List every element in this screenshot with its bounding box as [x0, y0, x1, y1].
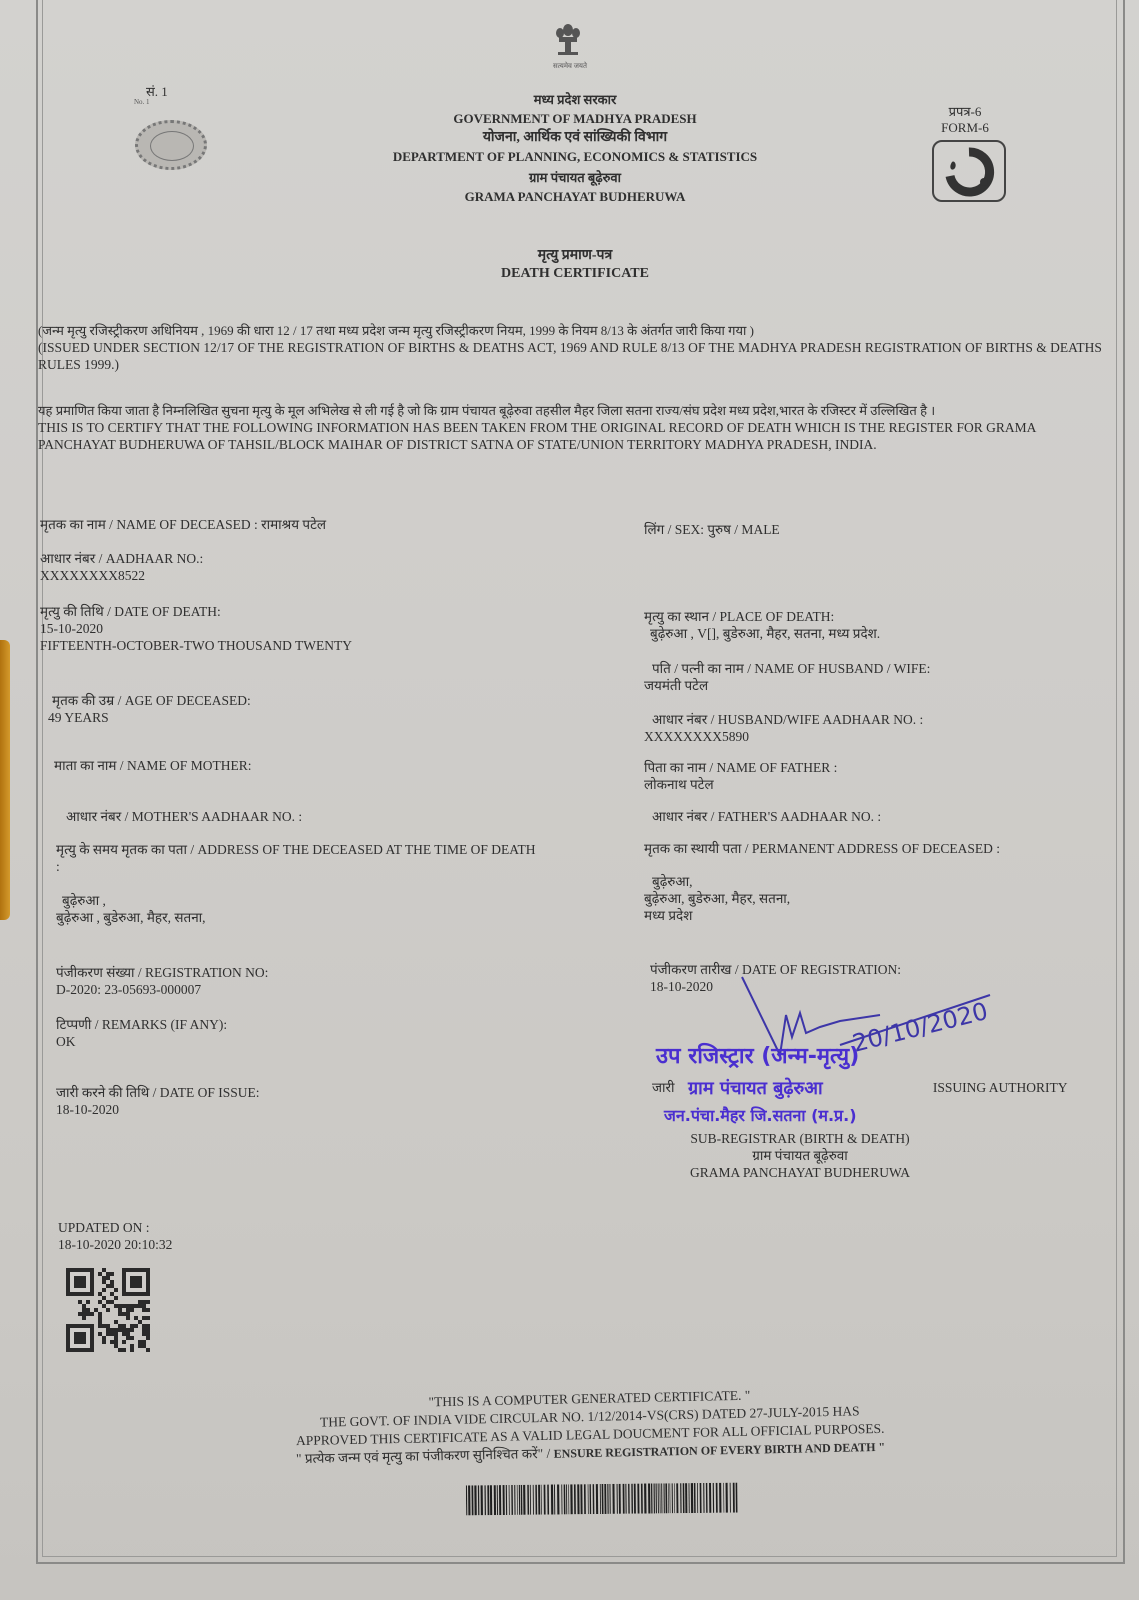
state-name-en: GOVERNMENT OF MADHYA PRADESH — [330, 109, 820, 128]
stamp-panchayat: ग्राम पंचायत बुढ़ेरुआ — [688, 1076, 823, 1100]
permanent-address-label: मृतक का स्थायी पता / PERMANENT ADDRESS O… — [644, 840, 1000, 857]
aadhaar-label: आधार नंबर / AADHAAR NO.: — [40, 550, 203, 567]
remarks-value: OK — [56, 1033, 227, 1050]
father-label: पिता का नाम / NAME OF FATHER : — [644, 759, 837, 776]
age-label: मृतक की उम्र / AGE OF DECEASED: — [52, 692, 251, 709]
crs-logo-icon — [932, 140, 1006, 202]
emblem-motto: सत्यमेव जयते — [520, 62, 620, 71]
background-object — [0, 640, 10, 920]
field-spouse-name: पति / पत्नी का नाम / NAME OF HUSBAND / W… — [644, 660, 930, 694]
sex-label: लिंग / SEX: — [644, 522, 707, 537]
remarks-label: टिप्पणी / REMARKS (IF ANY): — [56, 1016, 227, 1033]
address-at-death-line1: बुढ़ेरुआ , — [62, 892, 535, 909]
field-date-of-issue: जारी करने की तिथि / DATE OF ISSUE: 18-10… — [56, 1084, 259, 1118]
issued-under-en: (ISSUED UNDER SECTION 12/17 OF THE REGIS… — [38, 339, 1108, 373]
place-of-death-value: बुढ़ेरुआ , V[], बुडेरुआ, मैहर, सतना, मध्… — [650, 625, 880, 642]
field-aadhaar: आधार नंबर / AADHAAR NO.: XXXXXXXX8522 — [40, 550, 203, 584]
state-name-hi: मध्य प्रदेश सरकार — [330, 90, 820, 109]
spouse-aadhaar-label: आधार नंबर / HUSBAND/WIFE AADHAAR NO. : — [652, 711, 923, 728]
spouse-label: पति / पत्नी का नाम / NAME OF HUSBAND / W… — [652, 660, 930, 677]
footer-line4-hi: " प्रत्येक जन्म एवं मृत्यु का पंजीकरण सु… — [296, 1446, 554, 1466]
address-at-death-colon: : — [56, 858, 535, 875]
address-at-death-label: मृत्यु के समय मृतक का पता / ADDRESS OF T… — [56, 841, 535, 858]
form-number: प्रपत्र-6 FORM-6 — [920, 104, 1010, 136]
certify-hi: यह प्रमाणित किया जाता है निम्नलिखित सुचन… — [38, 402, 1108, 419]
permanent-address-line1: बुढ़ेरुआ, — [652, 873, 1000, 890]
stamp-sub-registrar: उप रजिस्ट्रार (जन्म-मृत्यु) — [656, 1040, 859, 1070]
issued-under-hi: (जन्म मृत्यु रजिस्ट्रीकरण अधिनियम , 1969… — [38, 322, 1108, 339]
field-remarks: टिप्पणी / REMARKS (IF ANY): OK — [56, 1016, 227, 1050]
issue-date-label: जारी करने की तिथि / DATE OF ISSUE: — [56, 1084, 259, 1101]
national-emblem-icon — [548, 20, 588, 60]
stamp-janpad: जन.पंचा.मैहर जि.सतना (म.प्र.) — [664, 1104, 857, 1126]
panchayat-hi: ग्राम पंचायत बूढ़ेरुवा — [330, 168, 820, 187]
field-father-name: पिता का नाम / NAME OF FATHER : लोकनाथ पट… — [644, 759, 837, 793]
address-at-death-line2: बुढ़ेरुआ , बुडेरुआ, मैहर, सतना, — [56, 909, 535, 926]
father-aadhaar-label: आधार नंबर / FATHER'S AADHAAR NO. : — [652, 808, 881, 825]
department-hi: योजना, आर्थिक एवं सांख्यिकी विभाग — [330, 128, 820, 147]
place-of-death-label: मृत्यु का स्थान / PLACE OF DEATH: — [644, 608, 880, 625]
field-sex: लिंग / SEX: पुरुष / MALE — [644, 521, 780, 538]
updated-on-label: UPDATED ON : — [58, 1219, 172, 1236]
title-en: DEATH CERTIFICATE — [330, 265, 820, 283]
barcode — [466, 1483, 738, 1516]
panchayat-en: GRAMA PANCHAYAT BUDHERUWA — [330, 187, 820, 206]
spouse-aadhaar-value: XXXXXXXX5890 — [644, 728, 923, 745]
field-address-at-death: मृत्यु के समय मृतक का पता / ADDRESS OF T… — [56, 841, 535, 926]
issue-date-value: 18-10-2020 — [56, 1101, 259, 1118]
field-father-aadhaar: आधार नंबर / FATHER'S AADHAAR NO. : — [652, 808, 881, 825]
certification-statement: यह प्रमाणित किया जाता है निम्नलिखित सुचन… — [38, 402, 1108, 453]
permanent-address-line2: बुढ़ेरुआ, बुडेरुआ, मैहर, सतना, — [644, 890, 1000, 907]
permanent-address-line3: मध्य प्रदेश — [644, 907, 1000, 924]
sub-registrar-panchayat-en: GRAMA PANCHAYAT BUDHERUWA — [640, 1164, 960, 1181]
sub-registrar-en: SUB-REGISTRAR (BIRTH & DEATH) — [640, 1130, 960, 1147]
field-permanent-address: मृतक का स्थायी पता / PERMANENT ADDRESS O… — [644, 840, 1000, 924]
issuing-authority-hi: जारी — [652, 1080, 675, 1095]
spouse-value: जयमंती पटेल — [644, 677, 930, 694]
title-hi: मृत्यु प्रमाण-पत्र — [330, 247, 820, 265]
name-value: रामाश्रय पटेल — [261, 517, 326, 532]
serial-number-en: No. 1 — [134, 98, 150, 106]
state-seal-icon — [135, 120, 207, 170]
field-spouse-aadhaar: आधार नंबर / HUSBAND/WIFE AADHAAR NO. : X… — [644, 711, 923, 745]
page-border-inner — [42, 0, 1117, 1557]
form-number-en: FORM-6 — [920, 120, 1010, 136]
field-mother-name: माता का नाम / NAME OF MOTHER: — [54, 757, 251, 774]
mother-aadhaar-label: आधार नंबर / MOTHER'S AADHAAR NO. : — [66, 808, 302, 825]
aadhaar-value: XXXXXXXX8522 — [40, 567, 203, 584]
field-place-of-death: मृत्यु का स्थान / PLACE OF DEATH: बुढ़ेर… — [644, 608, 880, 642]
updated-on-value: 18-10-2020 20:10:32 — [58, 1236, 172, 1253]
registration-no-value: D-2020: 23-05693-000007 — [56, 981, 268, 998]
name-label: मृतक का नाम / NAME OF DECEASED : — [40, 517, 261, 532]
issuer-header: मध्य प्रदेश सरकार GOVERNMENT OF MADHYA P… — [330, 90, 820, 206]
father-value: लोकनाथ पटेल — [644, 776, 837, 793]
signature-date: 20/10/2020 — [850, 997, 991, 1058]
age-value: 49 YEARS — [48, 709, 251, 726]
issuing-authority-en: ISSUING AUTHORITY — [933, 1080, 1068, 1095]
mother-label: माता का नाम / NAME OF MOTHER: — [54, 757, 251, 774]
field-age: मृतक की उम्र / AGE OF DECEASED: 49 YEARS — [52, 692, 251, 726]
field-mother-aadhaar: आधार नंबर / MOTHER'S AADHAAR NO. : — [66, 808, 302, 825]
registration-no-label: पंजीकरण संख्या / REGISTRATION NO: — [56, 964, 268, 981]
sub-registrar-panchayat-hi: ग्राम पंचायत बूढ़ेरुवा — [640, 1147, 960, 1164]
sex-value: पुरुष / MALE — [707, 522, 779, 537]
field-registration-no: पंजीकरण संख्या / REGISTRATION NO: D-2020… — [56, 964, 268, 998]
department-en: DEPARTMENT OF PLANNING, ECONOMICS & STAT… — [330, 147, 820, 166]
date-of-death-words: FIFTEENTH-OCTOBER-TWO THOUSAND TWENTY — [40, 637, 352, 654]
qr-code — [66, 1268, 150, 1352]
document-title: मृत्यु प्रमाण-पत्र DEATH CERTIFICATE — [330, 247, 820, 283]
field-date-of-death: मृत्यु की तिथि / DATE OF DEATH: 15-10-20… — [40, 603, 352, 654]
date-of-death-label: मृत्यु की तिथि / DATE OF DEATH: — [40, 603, 352, 620]
field-name-of-deceased: मृतक का नाम / NAME OF DECEASED : रामाश्र… — [40, 516, 326, 533]
updated-on: UPDATED ON : 18-10-2020 20:10:32 — [58, 1219, 172, 1253]
issued-under-statement: (जन्म मृत्यु रजिस्ट्रीकरण अधिनियम , 1969… — [38, 322, 1108, 373]
form-number-hi: प्रपत्र-6 — [920, 104, 1010, 120]
certify-en: THIS IS TO CERTIFY THAT THE FOLLOWING IN… — [38, 419, 1108, 453]
date-of-death-value: 15-10-2020 — [40, 620, 352, 637]
sub-registrar-block: SUB-REGISTRAR (BIRTH & DEATH) ग्राम पंचा… — [640, 1130, 960, 1181]
